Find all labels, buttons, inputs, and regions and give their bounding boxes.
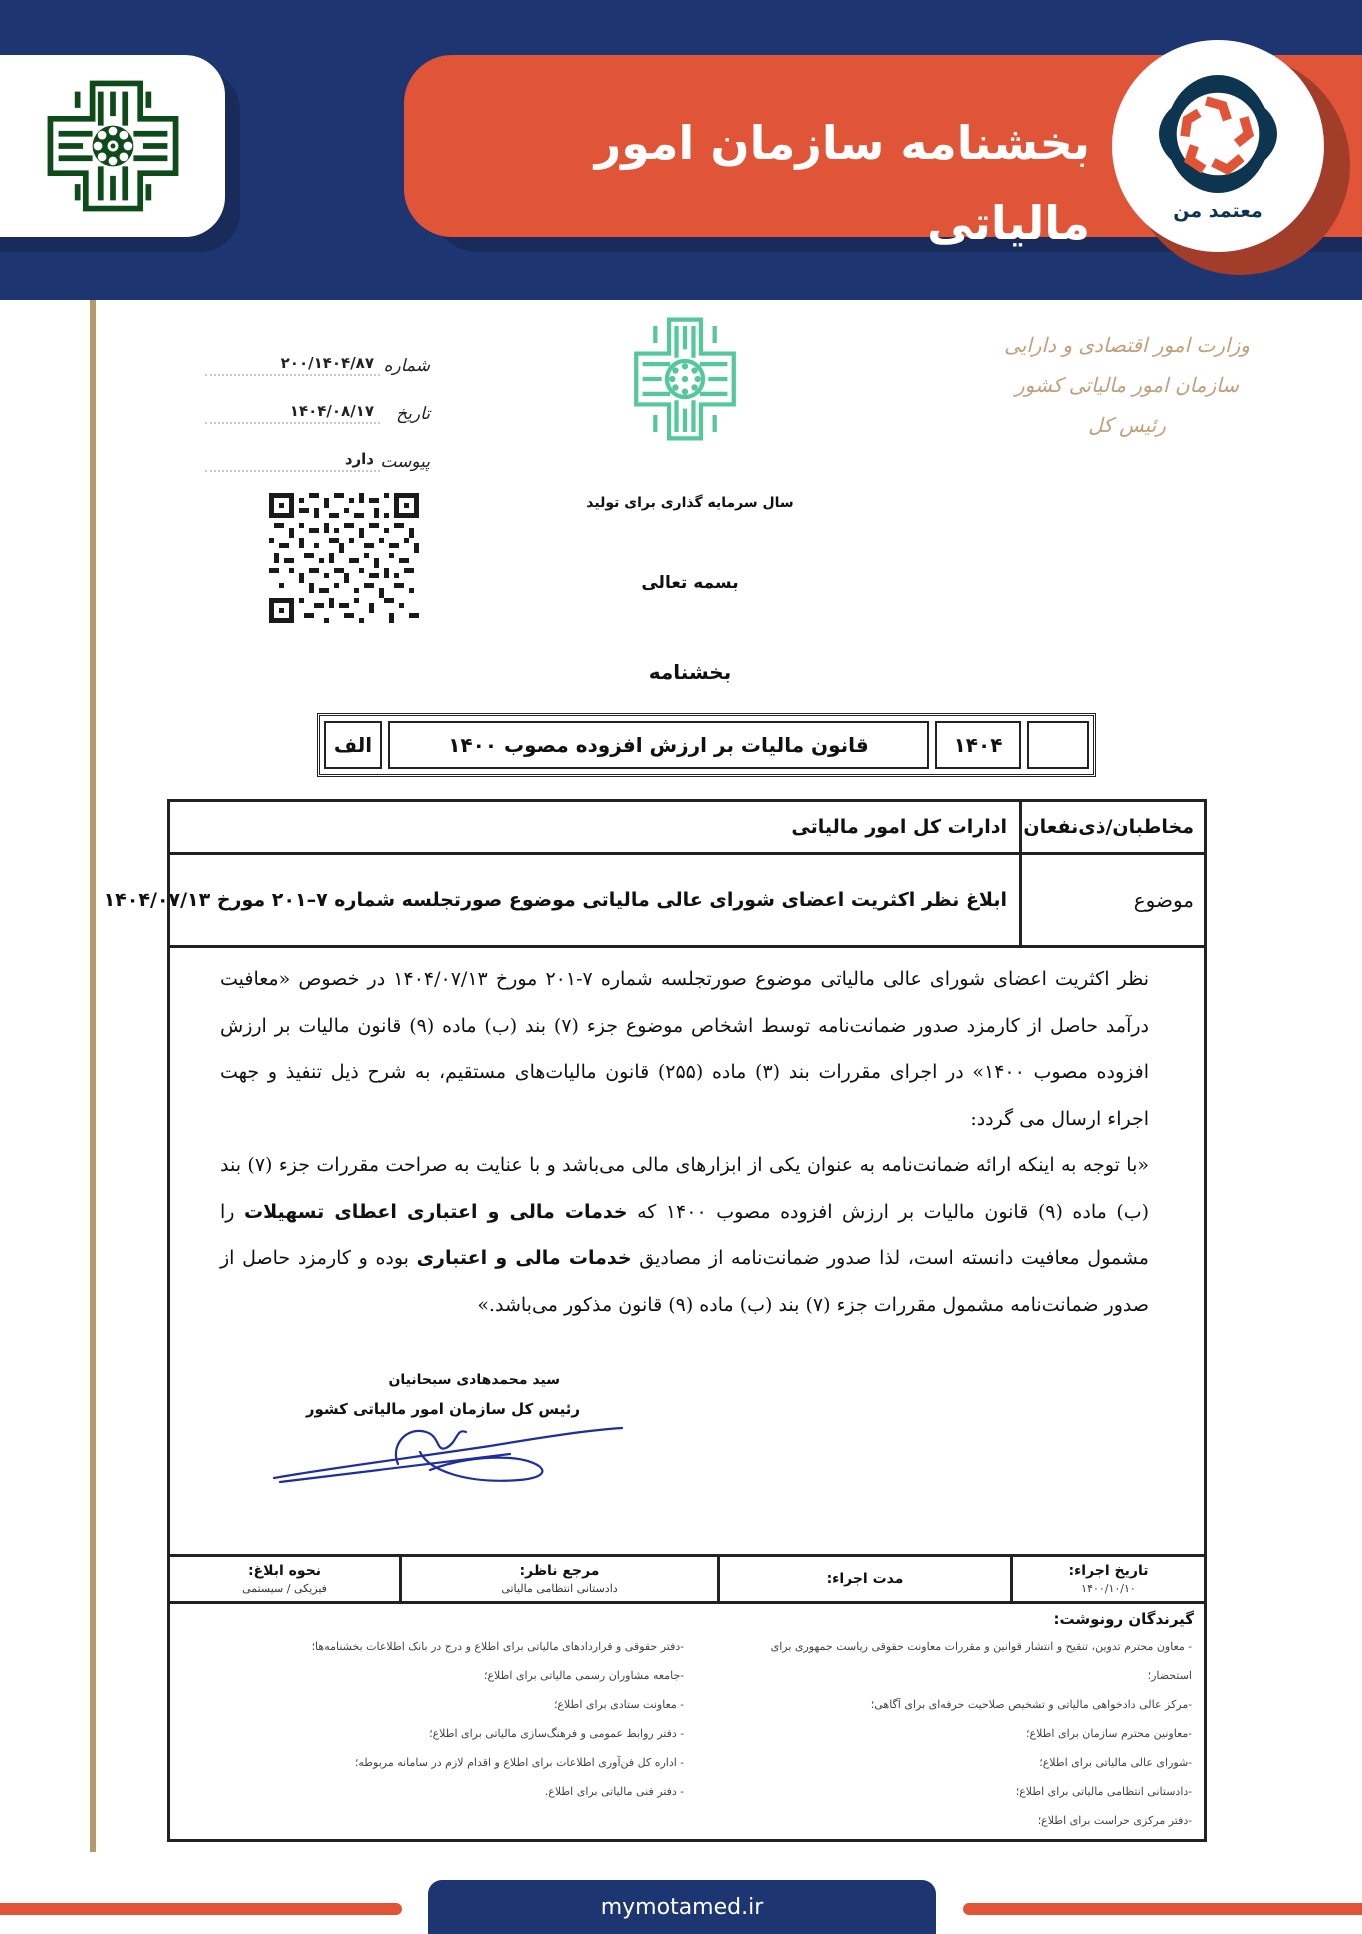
execution-duration-label: مدت اجراء: xyxy=(720,1569,1010,1589)
classification-law: قانون مالیات بر ارزش افزوده مصوب ۱۴۰۰ xyxy=(388,721,929,769)
supervisor-label: مرجع ناظر: xyxy=(402,1561,717,1581)
footer-accent-line-right xyxy=(963,1903,1362,1915)
brand-logo[interactable]: معتمد من xyxy=(1112,40,1324,252)
basmala: بسمه تعالی xyxy=(590,573,790,593)
cc-recipients: گیرندگان رونوشت: - معاون محترم تدوین، تن… xyxy=(170,1604,1204,1839)
date-value: ۱۴۰۴/۰۸/۱۷ xyxy=(205,402,380,424)
signatory-title: رئیس کل سازمان امور مالیاتی کشور xyxy=(306,1400,580,1418)
subject-row: موضوع ابلاغ نظر اکثریت اعضای شورای عالی … xyxy=(170,855,1204,948)
execution-date-label: تاریخ اجراء: xyxy=(1013,1561,1204,1581)
classification-series: الف xyxy=(324,721,382,769)
letter-meta: شماره ۲۰۰/۱۴۰۴/۸۷ تاریخ ۱۴۰۴/۰۸/۱۷ پیوست… xyxy=(205,328,430,472)
date-label: تاریخ xyxy=(380,404,430,424)
classification-year: ۱۴۰۴ xyxy=(935,721,1021,769)
supervisor-value: دادستانی انتظامی مالیاتی xyxy=(402,1581,717,1597)
letter-date-row: تاریخ ۱۴۰۴/۰۸/۱۷ xyxy=(205,376,430,424)
body-bold-segment: خدمات مالی و اعتباری اعطای تسهیلات xyxy=(244,1201,628,1223)
tax-org-emblem-card xyxy=(0,55,225,237)
tax-org-emblem-icon xyxy=(632,313,738,445)
classification-empty-cell xyxy=(1027,721,1089,769)
circular-body: نظر اکثریت اعضای شورای عالی مالیاتی موضو… xyxy=(220,956,1149,1328)
attachment-label: پیوست xyxy=(380,452,430,472)
cc-item: -جامعه مشاوران رسمی مالیاتی برای اطلاع؛ xyxy=(204,1661,684,1690)
cc-title: گیرندگان رونوشت: xyxy=(1054,1610,1194,1628)
tax-org-emblem-icon xyxy=(45,78,181,214)
supervisor-cell: مرجع ناظر: دادستانی انتظامی مالیاتی xyxy=(399,1557,717,1601)
year-slogan: سال سرمایه گذاری برای تولید xyxy=(560,495,820,511)
page-title: بخشنامه سازمان امور مالیاتی xyxy=(440,103,1090,263)
execution-duration-cell: مدت اجراء: xyxy=(717,1557,1010,1601)
cc-item: - دفتر روابط عمومی و فرهنگ‌سازی مالیاتی … xyxy=(204,1719,684,1748)
notification-method-label: نحوه ابلاغ: xyxy=(170,1561,399,1581)
number-label: شماره xyxy=(380,356,430,376)
execution-date-value: ۱۴۰۰/۱۰/۱۰ xyxy=(1013,1581,1204,1597)
signature-block: سید محمدهادی سبحانیان رئیس کل سازمان امو… xyxy=(270,1372,690,1492)
recipients-value: ادارات کل امور مالیاتی xyxy=(170,802,1019,852)
cc-item: -مرکز عالی دادخواهی مالیاتی و تشخیص صلاح… xyxy=(722,1690,1192,1719)
notification-method-cell: نحوه ابلاغ: فیزیکی / سیستمی xyxy=(170,1557,399,1601)
execution-row: تاریخ اجراء: ۱۴۰۰/۱۰/۱۰ مدت اجراء: مرجع … xyxy=(170,1554,1204,1604)
classification-strip: ۱۴۰۴ قانون مالیات بر ارزش افزوده مصوب ۱۴… xyxy=(317,713,1096,777)
cc-item: - معاونت ستادی برای اطلاع؛ xyxy=(204,1690,684,1719)
recipients-label: مخاطبان/ذی‌نفعان xyxy=(1019,802,1204,852)
letter-attachment-row: پیوست دارد xyxy=(205,424,430,472)
ministry-line: وزارت امور اقتصادی و دارایی xyxy=(997,325,1257,365)
cc-item: -معاونین محترم سازمان برای اطلاع؛ xyxy=(722,1719,1192,1748)
cc-item: -دفتر حقوقی و قراردادهای مالیاتی برای اط… xyxy=(204,1632,684,1661)
document-type: بخشنامه xyxy=(590,660,790,684)
execution-date-cell: تاریخ اجراء: ۱۴۰۰/۱۰/۱۰ xyxy=(1010,1557,1204,1601)
body-bold-segment: خدمات مالی و اعتباری xyxy=(417,1247,632,1269)
cc-item: استحضار؛ xyxy=(722,1661,1192,1690)
recipients-row: مخاطبان/ذی‌نفعان ادارات کل امور مالیاتی xyxy=(170,802,1204,855)
cc-item: - معاون محترم تدوین، تنقیح و انتشار قوان… xyxy=(722,1632,1192,1661)
cc-item: -دفتر مرکزی حراست برای اطلاع؛ xyxy=(722,1806,1192,1835)
cc-left-column: -دفتر حقوقی و قراردادهای مالیاتی برای اط… xyxy=(204,1632,684,1806)
body-paragraph: نظر اکثریت اعضای شورای عالی مالیاتی موضو… xyxy=(220,956,1149,1142)
letter-number-row: شماره ۲۰۰/۱۴۰۴/۸۷ xyxy=(205,328,430,376)
ministry-line: رئیس کل xyxy=(997,405,1257,445)
cc-item: - دفتر فنی مالیاتی برای اطلاع. xyxy=(204,1777,684,1806)
subject-value: ابلاغ نظر اکثریت اعضای شورای عالی مالیات… xyxy=(170,855,1019,945)
motamed-logo-icon xyxy=(1159,70,1277,198)
cc-item: -دادستانی انتظامی مالیاتی برای اطلاع؛ xyxy=(722,1777,1192,1806)
cc-item: - اداره کل فن‌آوری اطلاعات برای اطلاع و … xyxy=(204,1748,684,1777)
notification-method-value: فیزیکی / سیستمی xyxy=(170,1581,399,1597)
ministry-letterhead: وزارت امور اقتصادی و دارایی سازمان امور … xyxy=(997,325,1257,445)
body-paragraph: «با توجه به اینکه ارائه ضمانت‌نامه به عن… xyxy=(220,1142,1149,1328)
number-value: ۲۰۰/۱۴۰۴/۸۷ xyxy=(205,354,380,376)
footer-accent-line-left xyxy=(0,1903,402,1915)
cc-right-column: - معاون محترم تدوین، تنقیح و انتشار قوان… xyxy=(722,1632,1192,1835)
subject-label: موضوع xyxy=(1019,855,1204,945)
signatory-name: سید محمدهادی سبحانیان xyxy=(388,1372,560,1388)
qr-code-icon[interactable] xyxy=(268,493,420,623)
website-link[interactable]: mymotamed.ir xyxy=(428,1880,936,1934)
attachment-value: دارد xyxy=(205,450,380,472)
margin-line xyxy=(90,300,96,1852)
brand-name: معتمد من xyxy=(1173,200,1262,222)
cc-item: -شورای عالی مالیاتی برای اطلاع؛ xyxy=(722,1748,1192,1777)
ministry-line: سازمان امور مالیاتی کشور xyxy=(997,365,1257,405)
circular-table: مخاطبان/ذی‌نفعان ادارات کل امور مالیاتی … xyxy=(167,799,1207,1842)
